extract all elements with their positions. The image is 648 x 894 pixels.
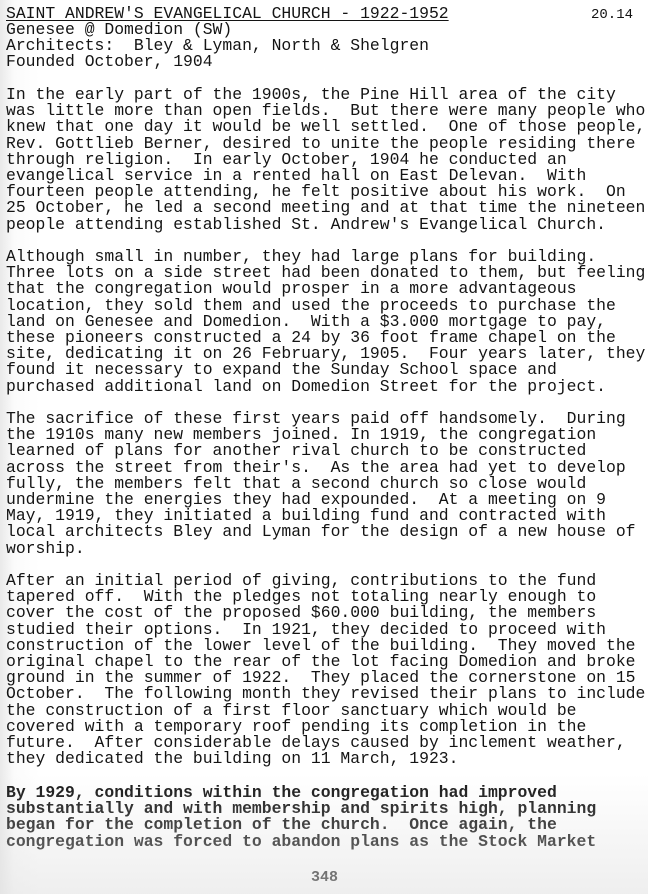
page-number: 348 xyxy=(311,869,338,886)
paragraph-line: 25 October, he led a second meeting and … xyxy=(6,200,645,216)
paragraph-line: that the congregation would prosper in a… xyxy=(6,281,577,297)
paragraph-line: cover the cost of the proposed $60.000 b… xyxy=(6,605,596,621)
paragraph-line: October. The following month they revise… xyxy=(6,686,645,702)
paragraph-line: people attending established St. Andrew'… xyxy=(6,217,606,233)
paragraph-line: purchased additional land on Domedion St… xyxy=(6,379,606,395)
document-page: SAINT ANDREW'S EVANGELICAL CHURCH - 1922… xyxy=(0,0,648,894)
paragraph-line: knew that one day it would be well settl… xyxy=(6,119,645,135)
paragraph-line: they dedicated the building on 11 March,… xyxy=(6,751,458,767)
paragraph-line: learned of plans for another rival churc… xyxy=(6,443,586,459)
paragraph-line: congregation was forced to abandon plans… xyxy=(6,834,596,850)
paragraph-line: found it necessary to expand the Sunday … xyxy=(6,362,557,378)
founded-line: Founded October, 1904 xyxy=(6,54,213,70)
paragraph-line: worship. xyxy=(6,541,85,557)
paragraph-line: local architects Bley and Lyman for the … xyxy=(6,524,636,540)
page-reference: 20.14 xyxy=(591,7,633,23)
paragraph-line: began for the completion of the church. … xyxy=(6,817,557,833)
